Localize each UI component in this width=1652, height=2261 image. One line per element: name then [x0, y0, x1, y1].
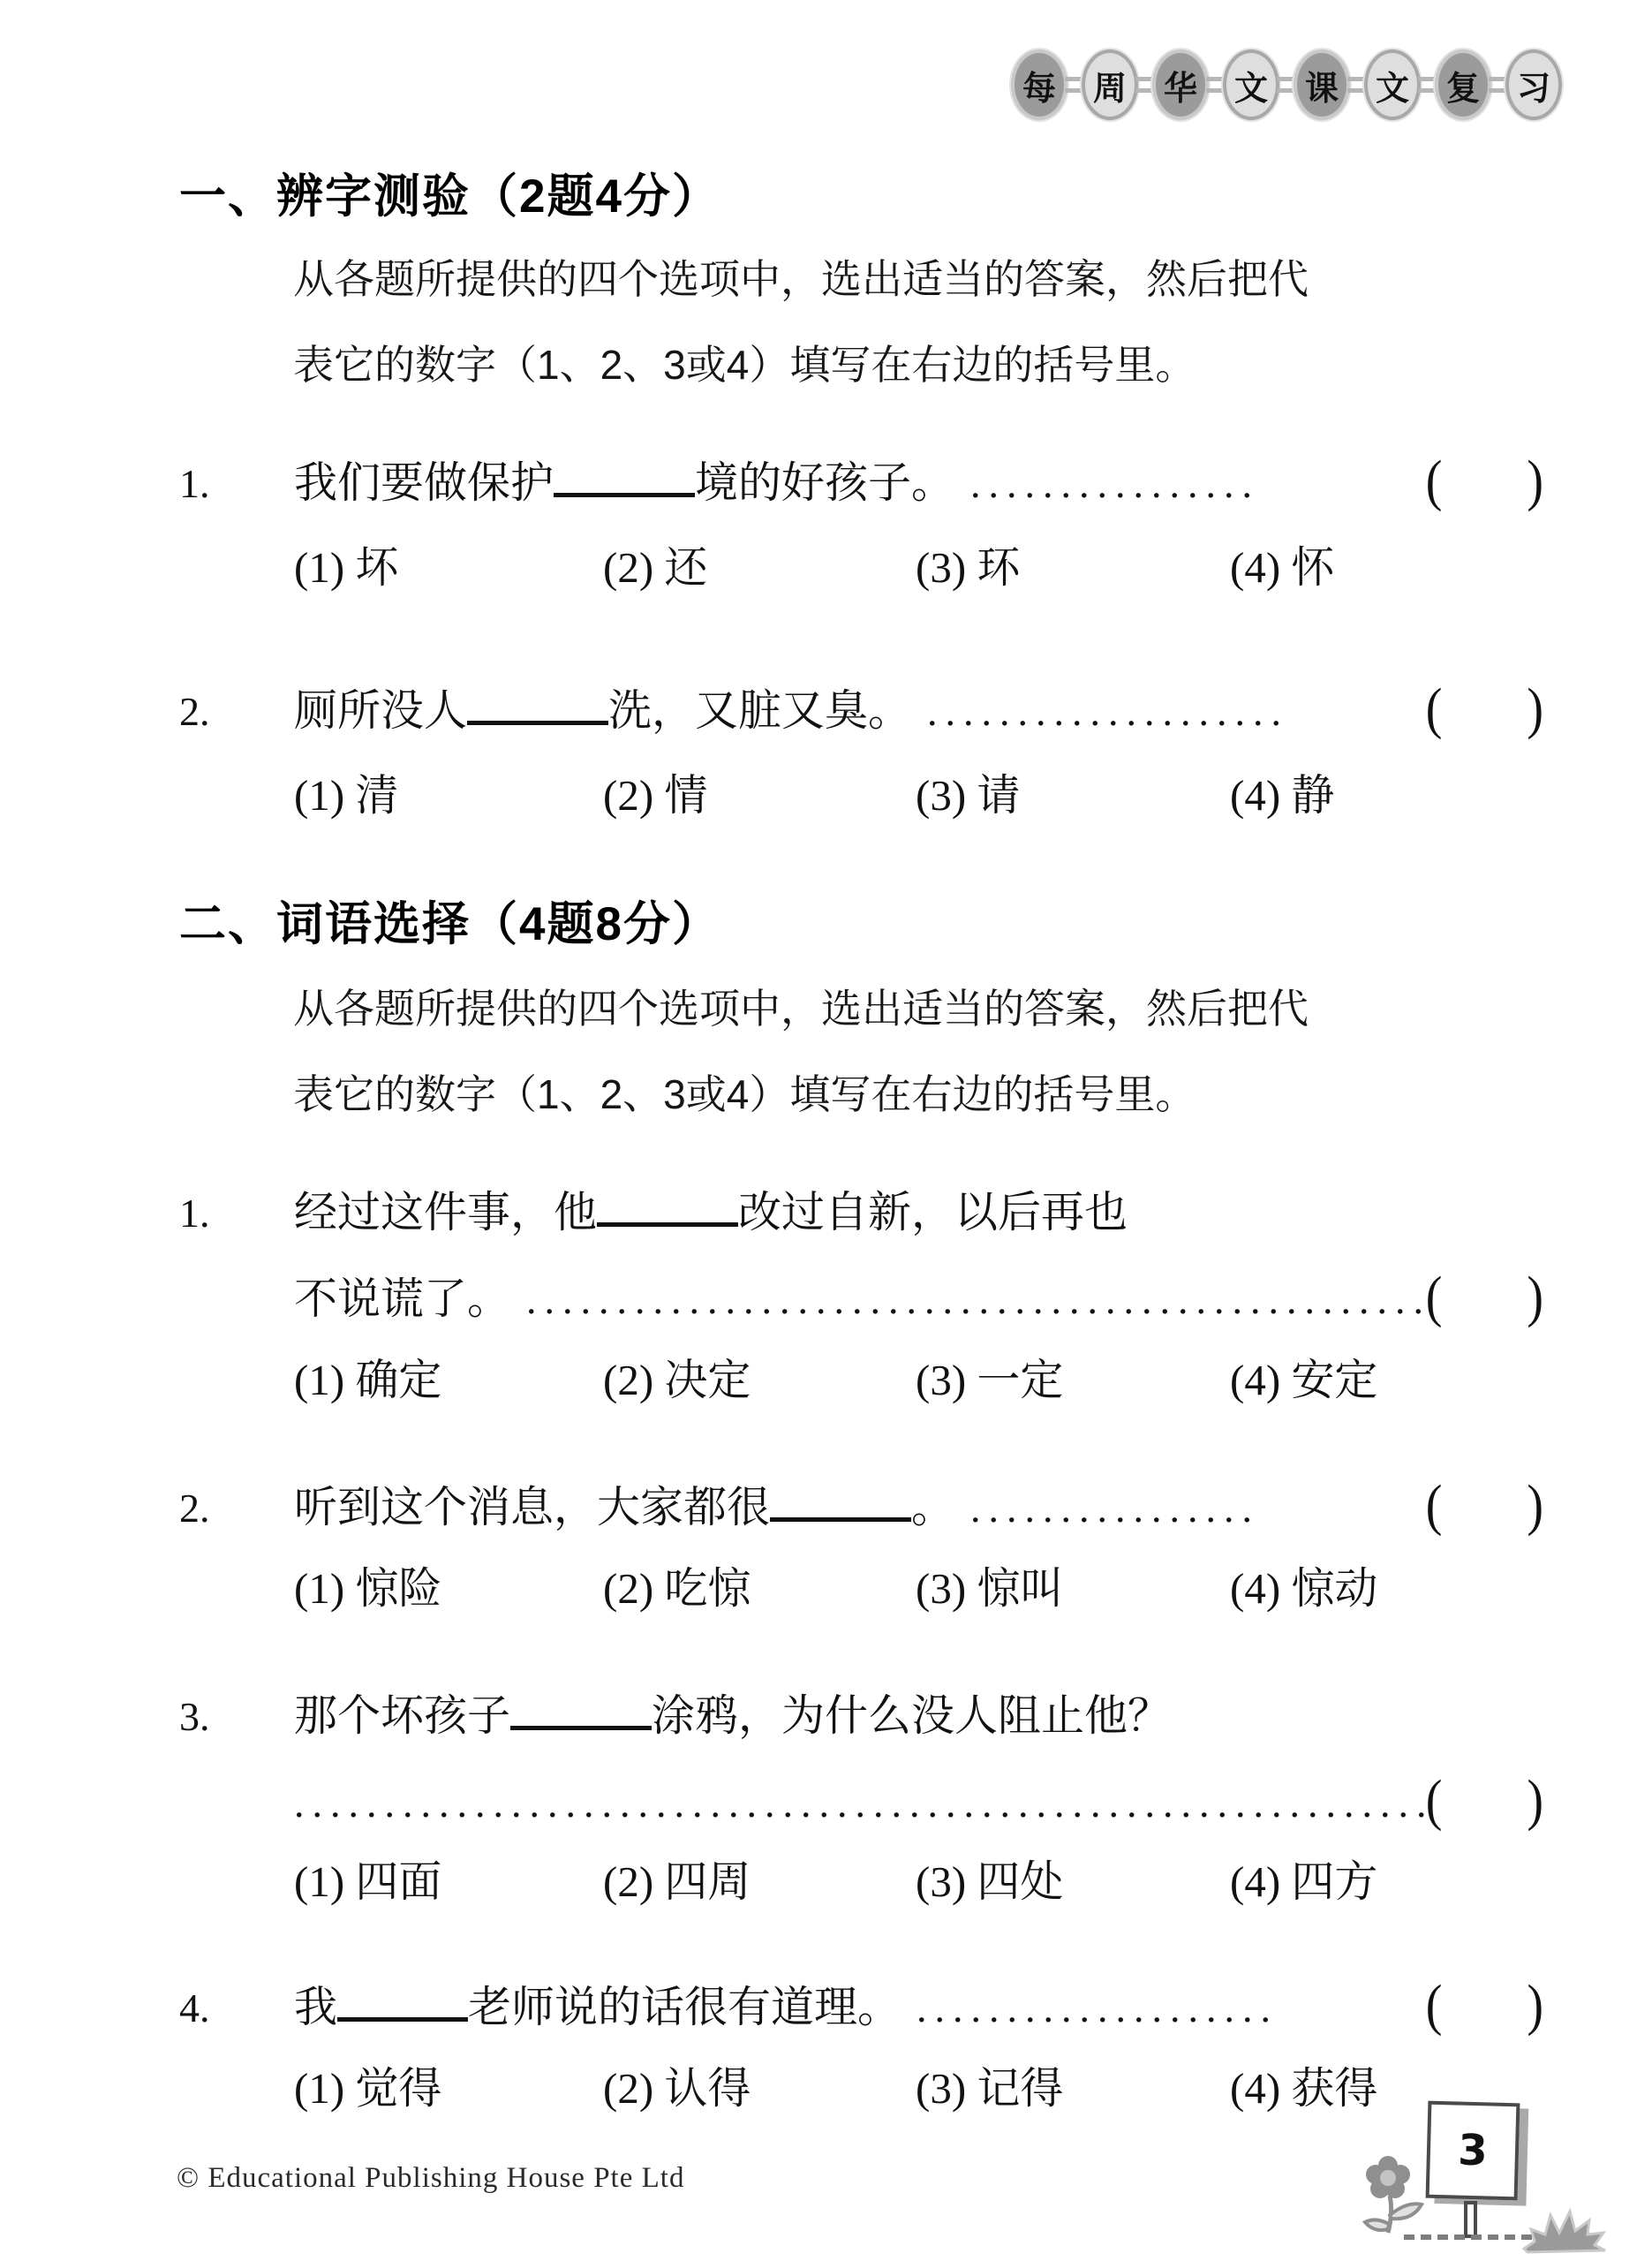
dot-leader: ................ — [970, 1479, 1426, 1538]
logo-badge-icon: 文 — [1364, 49, 1421, 120]
option: (2) 决定 — [603, 1351, 916, 1410]
question-text: 我们要做保护 — [294, 454, 554, 512]
option: (4) 四方 — [1230, 1853, 1543, 1911]
section2-instructions: 从各题所提供的四个选项中，选出适当的答案，然后把代 表它的数字（1、2、3或4）… — [293, 966, 1309, 1138]
page-number: 3 — [1458, 2126, 1489, 2176]
answer-blank — [597, 1193, 738, 1227]
answer-bracket-open: ( — [1426, 676, 1443, 743]
logo-badge-icon: 文 — [1223, 49, 1279, 120]
logo-badge-icon: 每 — [1011, 49, 1067, 120]
page-number-sign: 3 — [1349, 2095, 1614, 2258]
question-text: 听到这个消息，大家都很 — [294, 1478, 770, 1537]
options-row: (1) 惊险 (2) 吃惊 (3) 惊叫 (4) 惊动 — [179, 1560, 1543, 1618]
question-number: 1. — [179, 455, 294, 513]
question-line: ........................................… — [179, 1772, 1543, 1833]
answer-bracket-close: ) — [1527, 448, 1543, 515]
question-text: 。 — [911, 1478, 954, 1537]
copyright-notice: © Educational Publishing House Pte Ltd — [177, 2162, 684, 2195]
question-text: 境的好孩子。 — [695, 454, 954, 512]
bush-icon — [1519, 2206, 1611, 2255]
worksheet-page: 每 周 华 文 课 文 复 习 一、辨字测验（2题4分） 从各题所提供的四个选项… — [0, 0, 1652, 2261]
section1-instructions: 从各题所提供的四个选项中，选出适当的答案，然后把代 表它的数字（1、2、3或4）… — [293, 237, 1309, 408]
ground-line — [1404, 2235, 1532, 2240]
option: (2) 认得 — [603, 2060, 916, 2118]
question-text: 洗，又脏又臭。 — [608, 682, 911, 740]
answer-bracket-close: ) — [1527, 1264, 1543, 1331]
question-number: 2. — [179, 1479, 294, 1538]
question-line: 1. 我们要做保护 境的好孩子。 ................ ( ) — [179, 452, 1543, 513]
instruction-line: 从各题所提供的四个选项中，选出适当的答案，然后把代 — [293, 237, 1309, 322]
logo-badge-icon: 华 — [1152, 49, 1209, 120]
options-row: (1) 觉得 (2) 认得 (3) 记得 (4) 获得 — [179, 2060, 1543, 2118]
answer-bracket-close: ) — [1527, 1972, 1543, 2039]
section1-heading: 一、辨字测验（2题4分） — [179, 159, 720, 226]
answer-bracket-open: ( — [1426, 1472, 1443, 1539]
question-text: 经过这件事，他 — [294, 1183, 597, 1242]
question-number: 3. — [179, 1688, 294, 1746]
option: (3) 一定 — [916, 1351, 1230, 1410]
option: (3) 请 — [916, 767, 1230, 825]
options-row: (1) 清 (2) 情 (3) 请 (4) 静 — [179, 767, 1543, 825]
logo-badge-icon: 课 — [1294, 49, 1350, 120]
dot-leader: ........................................… — [294, 1774, 1426, 1833]
question-text: 改过自新，以后再也 — [738, 1183, 1128, 1242]
question-line: 不说谎了。 ..................................… — [179, 1268, 1543, 1329]
option: (1) 四面 — [294, 1853, 603, 1911]
option: (1) 清 — [294, 767, 603, 825]
flower-icon — [1349, 2146, 1430, 2239]
option: (3) 记得 — [916, 2060, 1230, 2118]
answer-blank — [510, 1697, 652, 1730]
options-row: (1) 确定 (2) 决定 (3) 一定 (4) 安定 — [179, 1351, 1543, 1410]
answer-bracket-open: ( — [1426, 448, 1443, 515]
section2-heading: 二、词语选择（4题8分） — [179, 887, 720, 954]
dot-leader: .................... — [917, 1979, 1426, 2038]
question-number: 4. — [179, 1979, 294, 2038]
dot-leader: ........................................… — [526, 1271, 1426, 1329]
question-text: 涂鸦，为什么没人阻止他？ — [652, 1687, 1171, 1745]
option: (2) 吃惊 — [603, 1560, 916, 1618]
question-text: 我 — [294, 1978, 337, 2037]
question-text: 不说谎了。 — [294, 1270, 510, 1328]
sign-post — [1464, 2201, 1477, 2238]
instruction-line: 表它的数字（1、2、3或4）填写在右边的括号里。 — [293, 1052, 1309, 1138]
question-text: 厕所没人 — [294, 682, 467, 740]
option: (1) 确定 — [294, 1351, 603, 1410]
answer-bracket-close: ) — [1527, 1767, 1543, 1834]
header-logo: 每 周 华 文 课 文 复 习 — [1011, 49, 1562, 120]
logo-badge-icon: 周 — [1082, 49, 1138, 120]
question-line: 2. 厕所没人 洗，又脏又臭。 .................... ( ) — [179, 680, 1543, 741]
dot-leader: ................ — [970, 455, 1426, 513]
question-line: 2. 听到这个消息，大家都很 。 ................ ( ) — [179, 1477, 1543, 1538]
option: (4) 安定 — [1230, 1351, 1543, 1410]
option: (1) 坏 — [294, 539, 603, 597]
logo-badge-icon: 复 — [1435, 49, 1491, 120]
option: (4) 惊动 — [1230, 1560, 1543, 1618]
answer-bracket-close: ) — [1527, 1472, 1543, 1539]
option: (1) 惊险 — [294, 1560, 603, 1618]
question-text: 那个坏孩子 — [294, 1687, 510, 1745]
logo-badge-icon: 习 — [1505, 49, 1562, 120]
option: (3) 惊叫 — [916, 1560, 1230, 1618]
option: (4) 怀 — [1230, 539, 1543, 597]
option: (3) 四处 — [916, 1853, 1230, 1911]
question-number: 2. — [179, 683, 294, 741]
answer-bracket-close: ) — [1527, 676, 1543, 743]
answer-blank — [554, 464, 695, 497]
answer-blank — [337, 1988, 468, 2022]
option: (1) 觉得 — [294, 2060, 603, 2118]
question-line: 4. 我 老师说的话很有道理。 .................... ( ) — [179, 1977, 1543, 2038]
options-row: (1) 四面 (2) 四周 (3) 四处 (4) 四方 — [179, 1853, 1543, 1911]
instruction-line: 表它的数字（1、2、3或4）填写在右边的括号里。 — [293, 322, 1309, 408]
question-number: 1. — [179, 1184, 294, 1243]
question-line: 3. 那个坏孩子 涂鸦，为什么没人阻止他？ — [179, 1687, 1543, 1746]
option: (4) 静 — [1230, 767, 1543, 825]
question-line: 1. 经过这件事，他 改过自新，以后再也 — [179, 1183, 1543, 1243]
option: (3) 环 — [916, 539, 1230, 597]
option: (2) 四周 — [603, 1853, 916, 1911]
dot-leader: .................... — [927, 683, 1426, 741]
option: (2) 还 — [603, 539, 916, 597]
instruction-line: 从各题所提供的四个选项中，选出适当的答案，然后把代 — [293, 966, 1309, 1052]
option: (2) 情 — [603, 767, 916, 825]
question-text: 老师说的话很有道理。 — [468, 1978, 901, 2037]
answer-bracket-open: ( — [1426, 1767, 1443, 1834]
page-number-box: 3 — [1426, 2101, 1520, 2201]
options-row: (1) 坏 (2) 还 (3) 环 (4) 怀 — [179, 539, 1543, 597]
answer-bracket-open: ( — [1426, 1972, 1443, 2039]
answer-blank — [770, 1488, 911, 1522]
answer-bracket-open: ( — [1426, 1264, 1443, 1331]
answer-blank — [467, 692, 608, 725]
